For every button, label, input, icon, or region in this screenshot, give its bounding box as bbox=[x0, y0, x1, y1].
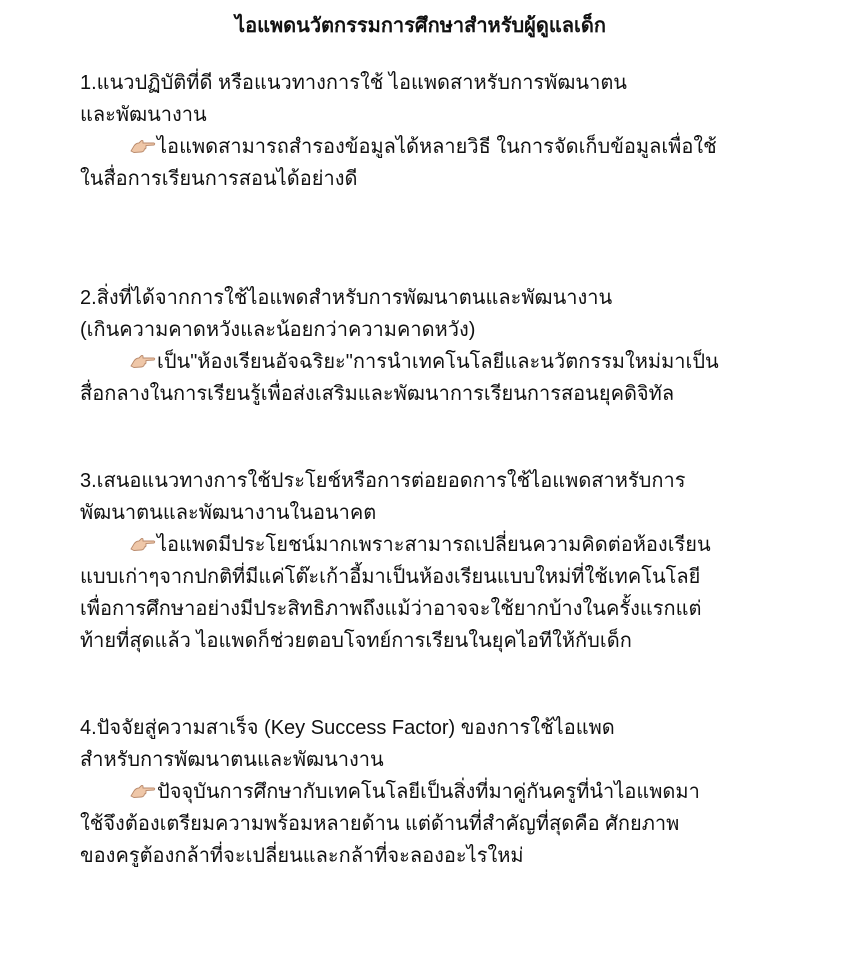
section-body-line: แบบเก่าๆจากปกติที่มีแค่โต๊ะเก้าอี้มาเป็น… bbox=[80, 561, 780, 593]
section-heading-line: 3.เสนอแนวทางการใช้ประโยช์หรือการต่อยอดกา… bbox=[80, 465, 780, 497]
pointing-hand-icon bbox=[130, 353, 156, 369]
section-heading-line: (เกินความคาดหวังและน้อยกว่าความคาดหวัง) bbox=[80, 314, 780, 346]
pointing-hand-icon bbox=[130, 138, 156, 154]
section-body-line: ใช้จึงต้องเตรียมความพร้อมหลายด้าน แต่ด้า… bbox=[80, 808, 780, 840]
section-body-text: ไอแพดมีประโยชน์มากเพราะสามารถเปลี่ยนความ… bbox=[157, 534, 711, 556]
section-heading-line: 4.ปัจจัยสู่ความสาเร็จ (Key Success Facto… bbox=[80, 712, 780, 744]
section-heading-line: 1.แนวปฏิบัติที่ดี หรือแนวทางการใช้ ไอแพด… bbox=[80, 67, 780, 99]
section-heading-line: พัฒนาตนและพัฒนางานในอนาคต bbox=[80, 497, 780, 529]
section-body-text: เป็น"ห้องเรียนอัจฉริยะ"การนำเทคโนโลยีและ… bbox=[157, 351, 719, 373]
section-2: 2.สิ่งที่ได้จากการใช้ไอแพดสำหรับการพัฒนา… bbox=[80, 282, 780, 410]
section-body-text: ไอแพดสามารถสำรองข้อมูลได้หลายวิธี ในการจ… bbox=[157, 136, 717, 158]
section-body-line: ไอแพดมีประโยชน์มากเพราะสามารถเปลี่ยนความ… bbox=[80, 529, 780, 561]
pointing-hand-icon bbox=[130, 783, 156, 799]
section-body-text: ปัจจุบันการศึกษากับเทคโนโลยีเป็นสิ่งที่ม… bbox=[157, 781, 700, 803]
document-title: ไอแพดนวัตกรรมการศึกษาสำหรับผู้ดูแลเด็ก bbox=[0, 10, 841, 42]
section-body-line: สื่อกลางในการเรียนรู้เพื่อส่งเสริมและพัฒ… bbox=[80, 378, 780, 410]
section-heading-line: และพัฒนางาน bbox=[80, 99, 780, 131]
pointing-hand-icon bbox=[130, 536, 156, 552]
section-heading-line: สำหรับการพัฒนาตนและพัฒนางาน bbox=[80, 744, 780, 776]
section-body-line: ไอแพดสามารถสำรองข้อมูลได้หลายวิธี ในการจ… bbox=[80, 131, 780, 163]
section-body-line: ท้ายที่สุดแล้ว ไอแพดก็ช่วยตอบโจทย์การเรี… bbox=[80, 625, 780, 657]
section-4: 4.ปัจจัยสู่ความสาเร็จ (Key Success Facto… bbox=[80, 712, 780, 872]
section-1: 1.แนวปฏิบัติที่ดี หรือแนวทางการใช้ ไอแพด… bbox=[80, 67, 780, 195]
section-3: 3.เสนอแนวทางการใช้ประโยช์หรือการต่อยอดกา… bbox=[80, 465, 780, 657]
section-body-line: ปัจจุบันการศึกษากับเทคโนโลยีเป็นสิ่งที่ม… bbox=[80, 776, 780, 808]
section-heading-line: 2.สิ่งที่ได้จากการใช้ไอแพดสำหรับการพัฒนา… bbox=[80, 282, 780, 314]
section-body-line: ในสื่อการเรียนการสอนได้อย่างดี bbox=[80, 163, 780, 195]
section-body-line: ของครูต้องกล้าที่จะเปลี่ยนและกล้าที่จะลอ… bbox=[80, 840, 780, 872]
section-body-line: เป็น"ห้องเรียนอัจฉริยะ"การนำเทคโนโลยีและ… bbox=[80, 346, 780, 378]
section-body-line: เพื่อการศึกษาอย่างมีประสิทธิภาพถึงแม้ว่า… bbox=[80, 593, 780, 625]
